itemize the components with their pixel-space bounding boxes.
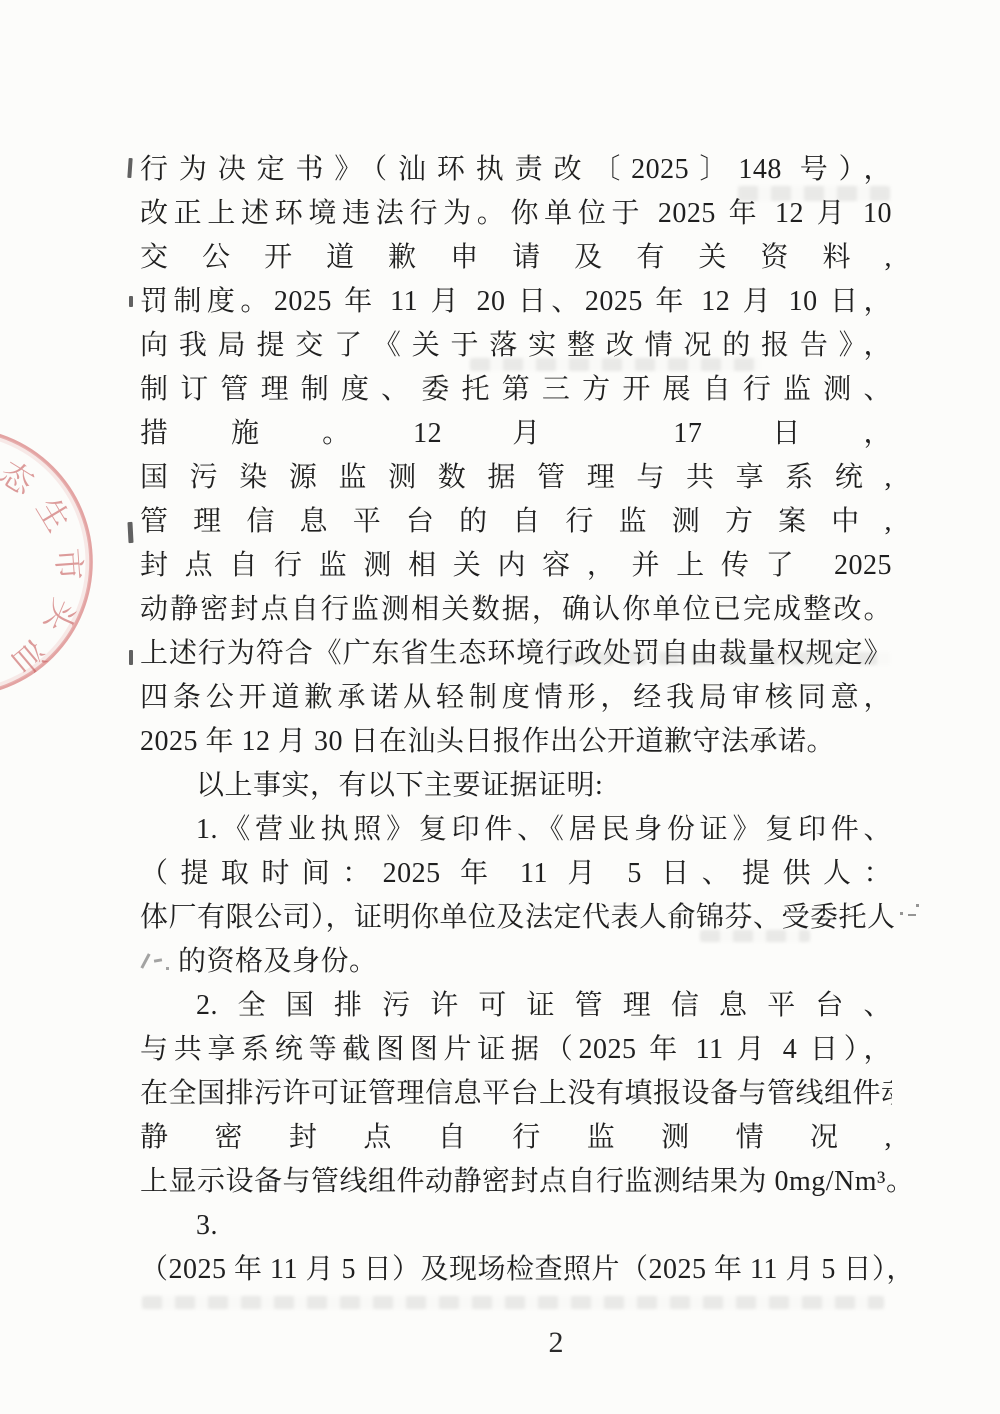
text-line: （2025 年 11 月 5 日）及现场检查照片（2025 年 11 月 5 日… [140, 1248, 892, 1292]
text-line: 2025 年 12 月 30 日在汕头日报作出公开道歉守法承诺。 [140, 720, 892, 764]
seal-character: 生 [29, 492, 76, 538]
scan-speck [127, 158, 132, 178]
text-line: 制订管理制度、委托第三方开展自行监测、开展内部培训等整改 [140, 368, 892, 412]
bleed-through-artifact [470, 358, 760, 371]
text-line: 上显示设备与管线组件动静密封点自行监测结果为 0mg/Nm³。 [140, 1160, 892, 1204]
redacted-name-trace [140, 949, 178, 979]
page-number: 2 [140, 1326, 932, 1360]
seal-character: 汕 [6, 633, 54, 681]
redacted-name-trace [896, 900, 922, 926]
seal-character: 市 [50, 547, 88, 581]
text-line: 与共享系统等截图图片证据（2025 年 11 月 4 日），证明你单位 [140, 1028, 892, 1072]
text-line: 3.《汕头市生态环境保护综合执法局龙湖分局现场检查笔录》 [140, 1204, 892, 1248]
seal-character: 态 [0, 454, 41, 502]
seal-character: 头 [37, 594, 83, 638]
text-line: 管理信息平台的自行监测方案中,已涵盖设备与管线组件动静密 [140, 500, 892, 544]
document-body: 行为决定书》（汕环执责改〔2025〕148 号），责令你单位立即 改正上述环境违… [140, 148, 892, 1292]
bleed-through-artifact [560, 652, 890, 665]
document-page: 汕 头 市 生 态 环 境 局 行为决定书》（汕环执责改〔2025〕148 号）… [0, 0, 1000, 1414]
text-line: 1.《营业执照》复印件、《居民身份证》复印件、《委托书》 [140, 808, 892, 852]
seal-ring-halo [0, 432, 88, 692]
text-line: 动静密封点自行监测相关数据，确认你单位已完成整改。你单位 [140, 588, 892, 632]
text-line: 的资格及身份。 [140, 940, 892, 984]
text-line: 罚制度。2025 年 11 月 20 日、2025 年 12 月 10 日，你单… [140, 280, 892, 324]
bleed-through-artifact [700, 930, 810, 942]
seal-ring [0, 429, 91, 695]
text-line: 四条公开道歉承诺从轻制度情形，经我局审核同意，你单位于 [140, 676, 892, 720]
text-line: 封点自行监测相关内容，并上传了 2025 年开展设备与管线组件 [140, 544, 892, 588]
bleed-through-artifact [142, 1296, 884, 1309]
text-line: 静密封点自行监测情况,在全国污染源监测数据管理与共享系统 [140, 1116, 892, 1160]
text-line: 交公开道歉申请及有关资料,请求适用公开道歉承诺守法从轻处 [140, 236, 892, 280]
scan-speck [127, 522, 133, 543]
text-line: 措施。12 月 17 日，我局查询全国排污许可证管理信息平台和全 [140, 412, 892, 456]
text-line: 2.全国排污许可证管理信息平台、全国污染源监测数据管理 [140, 984, 892, 1028]
text-line: 在全国排污许可证管理信息平台上没有填报设备与管线组件动 [140, 1072, 892, 1116]
scan-speck [129, 650, 133, 665]
text-line: 以上事实，有以下主要证据证明: [140, 764, 892, 808]
text-line-content: 体厂有限公司），证明你单位及法定代表人俞锦芬、受委托人 [140, 902, 896, 933]
scan-speck [129, 296, 133, 307]
text-line-content: 的资格及身份。 [178, 946, 378, 977]
text-line: （提取时间：2025 年 11 月 5 日、提供人：汕头经济特区化工气 [140, 852, 892, 896]
bleed-through-artifact [738, 186, 890, 201]
text-line: 国污染源监测数据管理与共享系统,你单位上传全国排污许可证 [140, 456, 892, 500]
